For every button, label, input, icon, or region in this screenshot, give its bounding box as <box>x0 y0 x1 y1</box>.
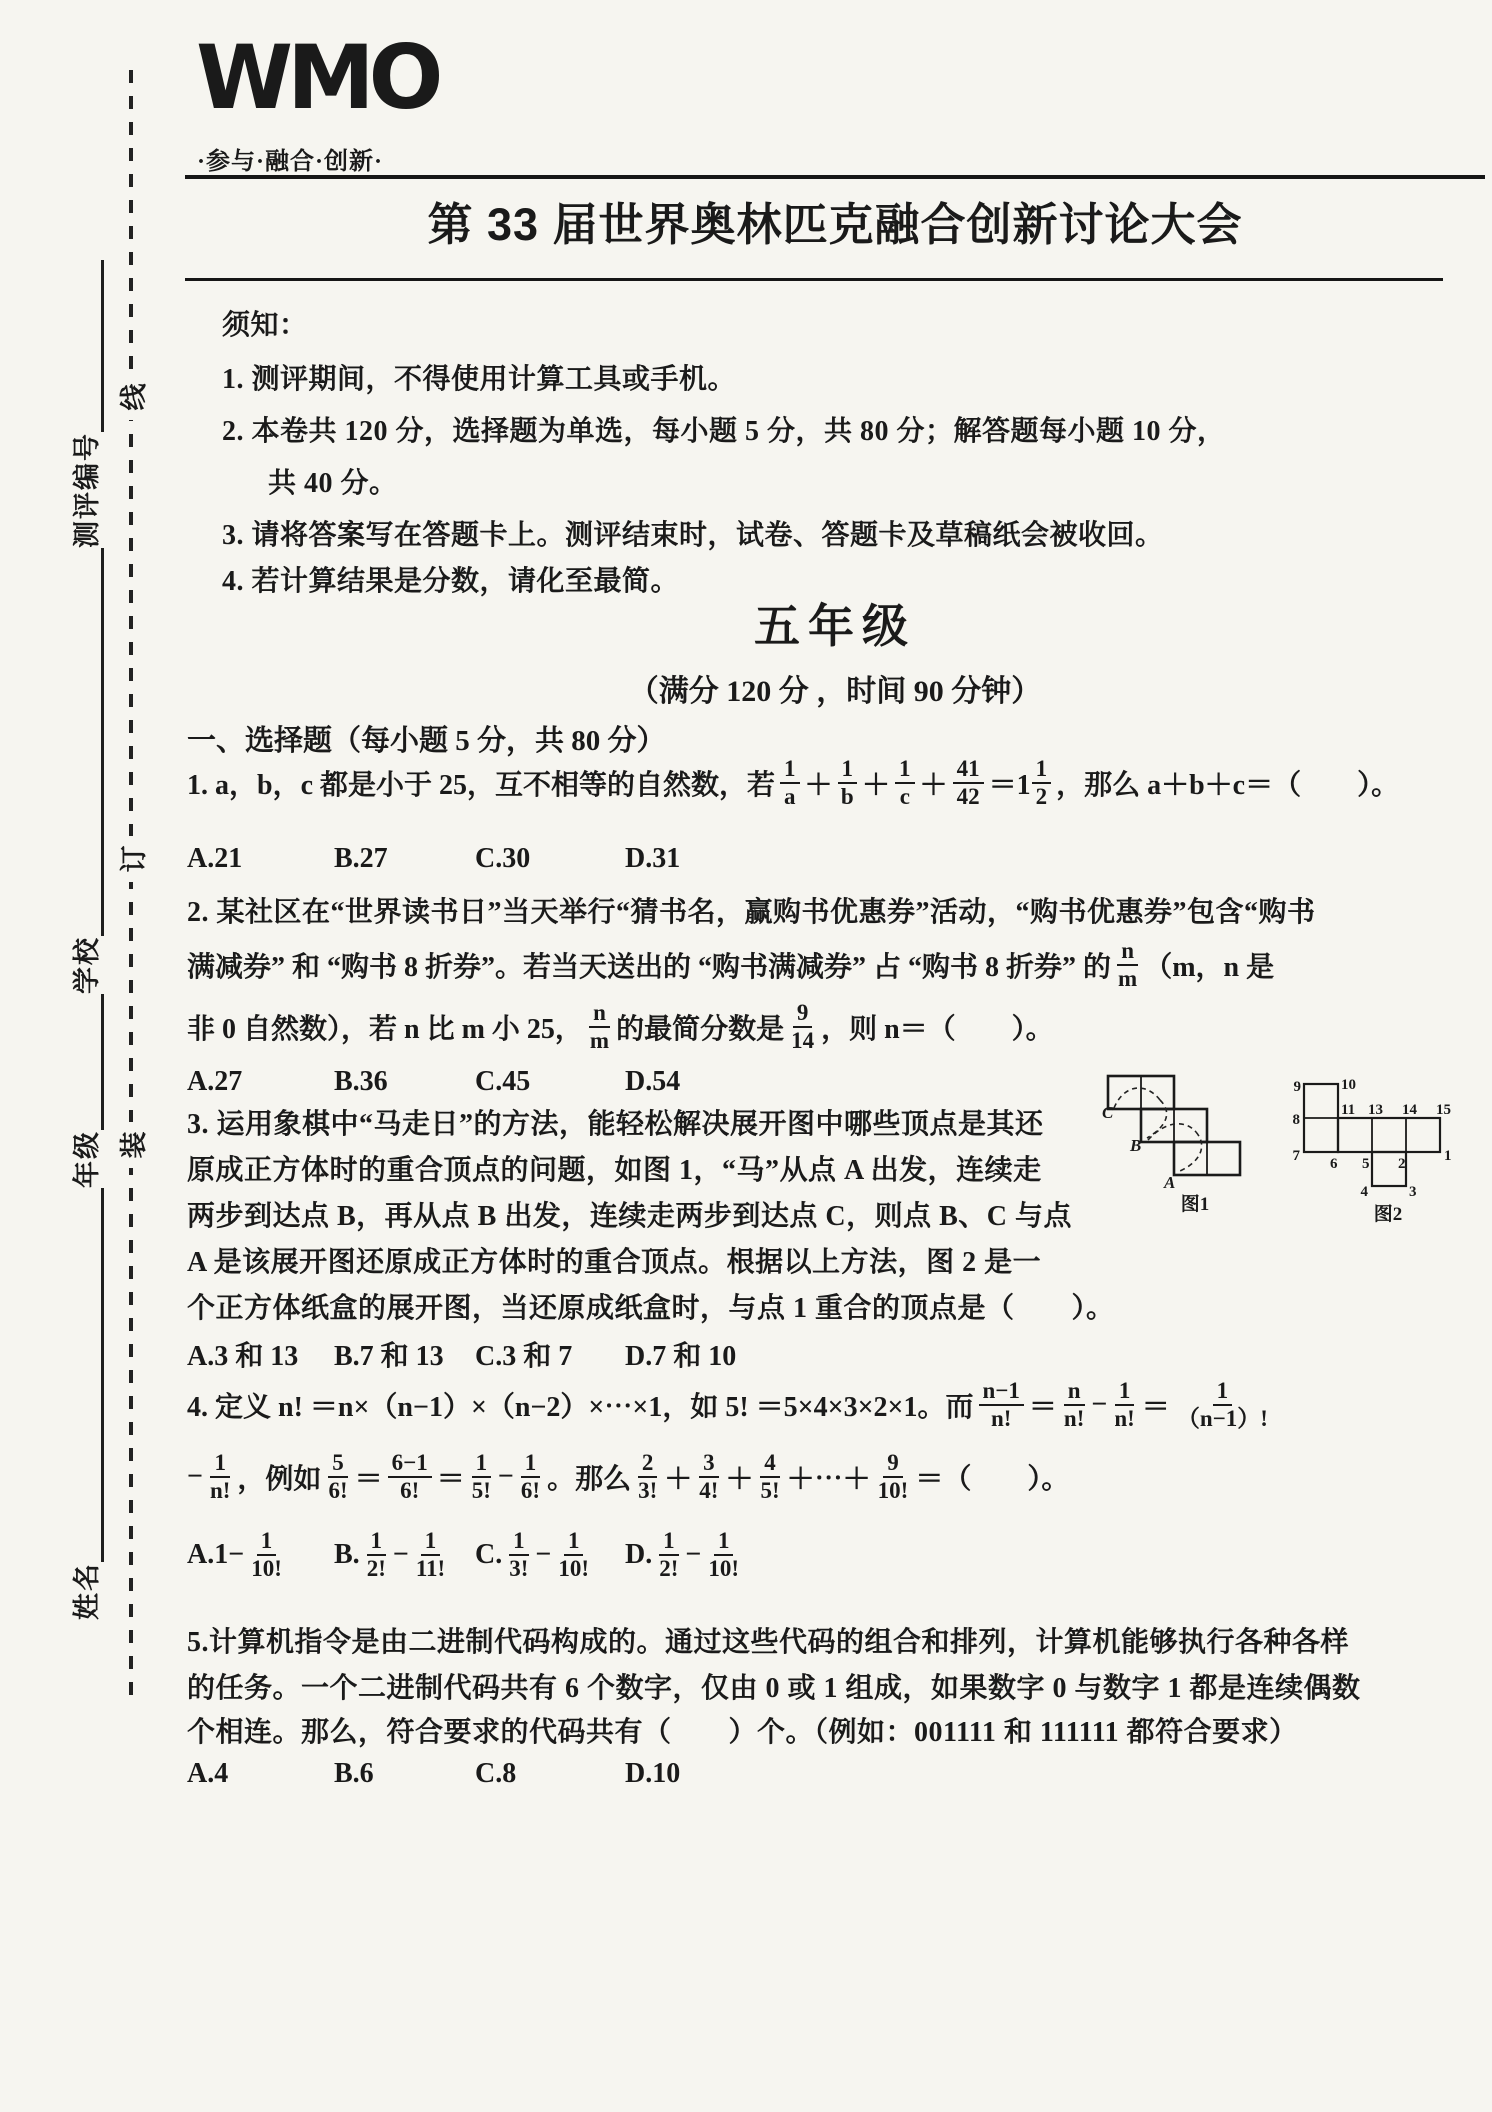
fraction: 910! <box>876 1450 911 1504</box>
vertex-label: 1 <box>1444 1148 1452 1164</box>
margin-field-label-exam-id: 测评编号 <box>65 432 104 548</box>
question-5-line-1: 5.计算机指令是由二进制代码构成的。通过这些代码的组合和排列，计算机能够执行各种… <box>187 1620 1349 1660</box>
question-5-line-3: 个相连。那么，符合要求的代码共有（ ）个。（例如：001111 和 111111… <box>187 1710 1298 1750</box>
question-3-line-1: 3. 运用象棋中“马走日”的方法，能轻松解决展开图中哪些顶点是其还 <box>187 1102 1044 1142</box>
fraction: 13! <box>507 1528 530 1582</box>
option-b: B.27 <box>334 843 475 875</box>
fraction: 914 <box>789 1000 816 1054</box>
option-a: A.21 <box>187 843 334 875</box>
fraction: 12 <box>1032 756 1052 810</box>
fraction: nm <box>1116 938 1139 992</box>
fraction: 34! <box>697 1450 720 1504</box>
question-2-line-2: 满减券” 和 “购书 8 折券”。若当天送出的 “购书满减券” 占 “购书 8 … <box>187 938 1274 992</box>
fraction: 1b <box>838 756 858 810</box>
question-3-line-2: 原成正方体时的重合顶点的问题，如图 1，“马”从点 A 出发，连续走 <box>187 1148 1042 1188</box>
fraction: nm <box>588 1000 611 1054</box>
header-rule-bottom <box>185 278 1443 281</box>
margin-fields: 姓名年级学校测评编号 <box>56 148 104 1620</box>
binding-char: 线 <box>108 374 154 420</box>
option-d: D.10 <box>625 1758 680 1790</box>
option-c: C.3 和 7 <box>475 1334 625 1374</box>
vertex-label: 11 <box>1341 1102 1355 1118</box>
fraction: 1n! <box>1112 1378 1136 1432</box>
option-c: C.8 <box>475 1758 625 1790</box>
figure-1: C B A 图1 <box>1100 1068 1295 1233</box>
fraction: 15! <box>470 1450 493 1504</box>
vertex-label: 5 <box>1362 1156 1370 1172</box>
fraction: 111! <box>414 1528 447 1582</box>
grade-title: 五年级 <box>185 590 1485 656</box>
binding-char: 订 <box>108 836 154 882</box>
fraction: 1n! <box>208 1450 232 1504</box>
option-c: C.30 <box>475 843 625 875</box>
fraction: n−1n! <box>979 1378 1024 1432</box>
notice-item-3: 3. 请将答案写在答题卡上。测评结束时，试卷、答题卡及草稿纸会被收回。 <box>222 513 1164 553</box>
vertex-label: 7 <box>1293 1148 1301 1164</box>
paper-title: 第 33 届世界奥林匹克融合创新讨论大会 <box>185 188 1485 253</box>
question-4-line-2: − 1n! ，例如 56! ＝ 6−16! ＝ 15! − 16! 。那么 23… <box>187 1450 1069 1504</box>
option-d: D.54 <box>625 1066 680 1098</box>
fraction: 110! <box>706 1528 741 1582</box>
section-heading: 一、选择题（每小题 5 分，共 80 分） <box>187 718 666 759</box>
option-c: C. 13! − 110! <box>475 1528 625 1582</box>
exam-paper-page: 线 订 装 姓名年级学校测评编号 WMO ·参与·融合·创新· 第 33 届世界… <box>0 0 1492 2112</box>
question-3-options: A.3 和 13 B.7 和 13 C.3 和 7 D.7 和 10 <box>187 1334 736 1374</box>
logo-tagline: ·参与·融合·创新· <box>197 141 422 176</box>
fraction: 110! <box>556 1528 591 1582</box>
vertex-label: 3 <box>1409 1184 1417 1200</box>
fraction: 4142 <box>953 756 984 810</box>
vertex-label: 6 <box>1330 1156 1338 1172</box>
fraction: 6−16! <box>388 1450 432 1504</box>
figure-1-caption: 图1 <box>1181 1193 1210 1215</box>
option-b: B.6 <box>334 1758 475 1790</box>
fig1-point-b: B <box>1129 1136 1141 1155</box>
question-1-text: 1. a，b，c 都是小于 25，互不相等的自然数，若 1a ＋ 1b ＋ 1c… <box>187 756 1399 810</box>
figure-2: 9 10 8 11 13 14 15 7 6 5 2 1 4 3 图2 <box>1288 1074 1488 1231</box>
fraction: 110! <box>249 1528 284 1582</box>
fraction: 1（n−1）! <box>1175 1378 1270 1432</box>
fraction: 16! <box>519 1450 542 1504</box>
option-d: D.7 和 10 <box>625 1334 736 1374</box>
fig1-point-c: C <box>1102 1103 1114 1122</box>
option-a: A.1− 110! <box>187 1528 334 1582</box>
fraction: 45! <box>758 1450 781 1504</box>
fraction: 23! <box>636 1450 659 1504</box>
question-3-line-3: 两步到达点 B，再从点 B 出发，连续走两步到达点 C，则点 B、C 与点 <box>187 1194 1072 1234</box>
question-3-line-5: 个正方体纸盒的展开图，当还原成纸盒时，与点 1 重合的顶点是（ ）。 <box>187 1286 1115 1326</box>
fig1-point-a: A <box>1163 1173 1175 1192</box>
question-2-line-1: 2. 某社区在“世界读书日”当天举行“猜书名，赢购书优惠券”活动，“购书优惠券”… <box>187 890 1316 930</box>
binding-char: 装 <box>108 1122 154 1168</box>
margin-field-label-grade: 年级 <box>65 1130 104 1188</box>
margin-field-blank <box>67 260 104 432</box>
option-c: C.45 <box>475 1066 625 1098</box>
vertex-label: 10 <box>1341 1077 1356 1093</box>
option-a: A.4 <box>187 1758 334 1790</box>
vertex-label: 4 <box>1361 1184 1369 1200</box>
vertex-label: 14 <box>1402 1102 1418 1118</box>
fraction: 1a <box>780 756 800 810</box>
notice-item-2-cont: 共 40 分。 <box>268 461 398 501</box>
notice-item-2: 2. 本卷共 120 分，选择题为单选，每小题 5 分，共 80 分；解答题每小… <box>222 409 1226 449</box>
notice-item-1: 1. 测评期间，不得使用计算工具或手机。 <box>222 357 736 397</box>
vertex-label: 13 <box>1368 1102 1383 1118</box>
margin-field-blank <box>67 1188 104 1562</box>
vertex-label: 15 <box>1436 1102 1451 1118</box>
question-4-options: A.1− 110! B. 12! − 111! C. 13! − 110! D.… <box>187 1528 746 1582</box>
question-1-options: A.21 B.27 C.30 D.31 <box>187 843 680 875</box>
option-a: A.3 和 13 <box>187 1334 334 1374</box>
margin-field-blank <box>67 548 104 936</box>
option-b: B.7 和 13 <box>334 1334 475 1374</box>
option-a: A.27 <box>187 1066 334 1098</box>
margin-field-blank <box>67 994 104 1130</box>
fraction: 12! <box>365 1528 388 1582</box>
fraction: nn! <box>1062 1378 1086 1432</box>
option-d: D.31 <box>625 843 680 875</box>
fraction: 1c <box>895 756 915 810</box>
exam-meta: （满分 120 分 ，时间 90 分钟） <box>185 666 1485 710</box>
vertex-label: 9 <box>1294 1079 1302 1095</box>
option-d: D. 12! − 110! <box>625 1528 746 1582</box>
margin-field-label-school: 学校 <box>65 936 104 994</box>
option-b: B. 12! − 111! <box>334 1528 475 1582</box>
question-2-options: A.27 B.36 C.45 D.54 <box>187 1066 680 1098</box>
question-2-line-3: 非 0 自然数），若 n 比 m 小 25， nm 的最简分数是 914 ，则 … <box>187 1000 1054 1054</box>
figure-2-caption: 图2 <box>1374 1203 1403 1225</box>
binding-dashed-line <box>129 70 133 1708</box>
margin-field-label-name: 姓名 <box>65 1562 104 1620</box>
option-b: B.36 <box>334 1066 475 1098</box>
vertex-label: 8 <box>1293 1112 1301 1128</box>
question-5-line-2: 的任务。一个二进制代码共有 6 个数字，仅由 0 或 1 组成，如果数字 0 与… <box>187 1666 1361 1706</box>
vertex-label: 2 <box>1398 1156 1406 1172</box>
question-3-line-4: A 是该展开图还原成正方体时的重合顶点。根据以上方法，图 2 是一 <box>187 1240 1041 1280</box>
fraction: 12! <box>657 1528 680 1582</box>
header-rule-top <box>185 175 1485 179</box>
wmo-logo: WMO <box>196 30 437 127</box>
notice-heading: 须知： <box>222 303 308 343</box>
question-5-options: A.4 B.6 C.8 D.10 <box>187 1758 680 1790</box>
fraction: 56! <box>326 1450 349 1504</box>
question-4-line-1: 4. 定义 n! ＝n×（n−1）×（n−2）×⋯×1，如 5! ＝5×4×3×… <box>187 1378 1275 1432</box>
